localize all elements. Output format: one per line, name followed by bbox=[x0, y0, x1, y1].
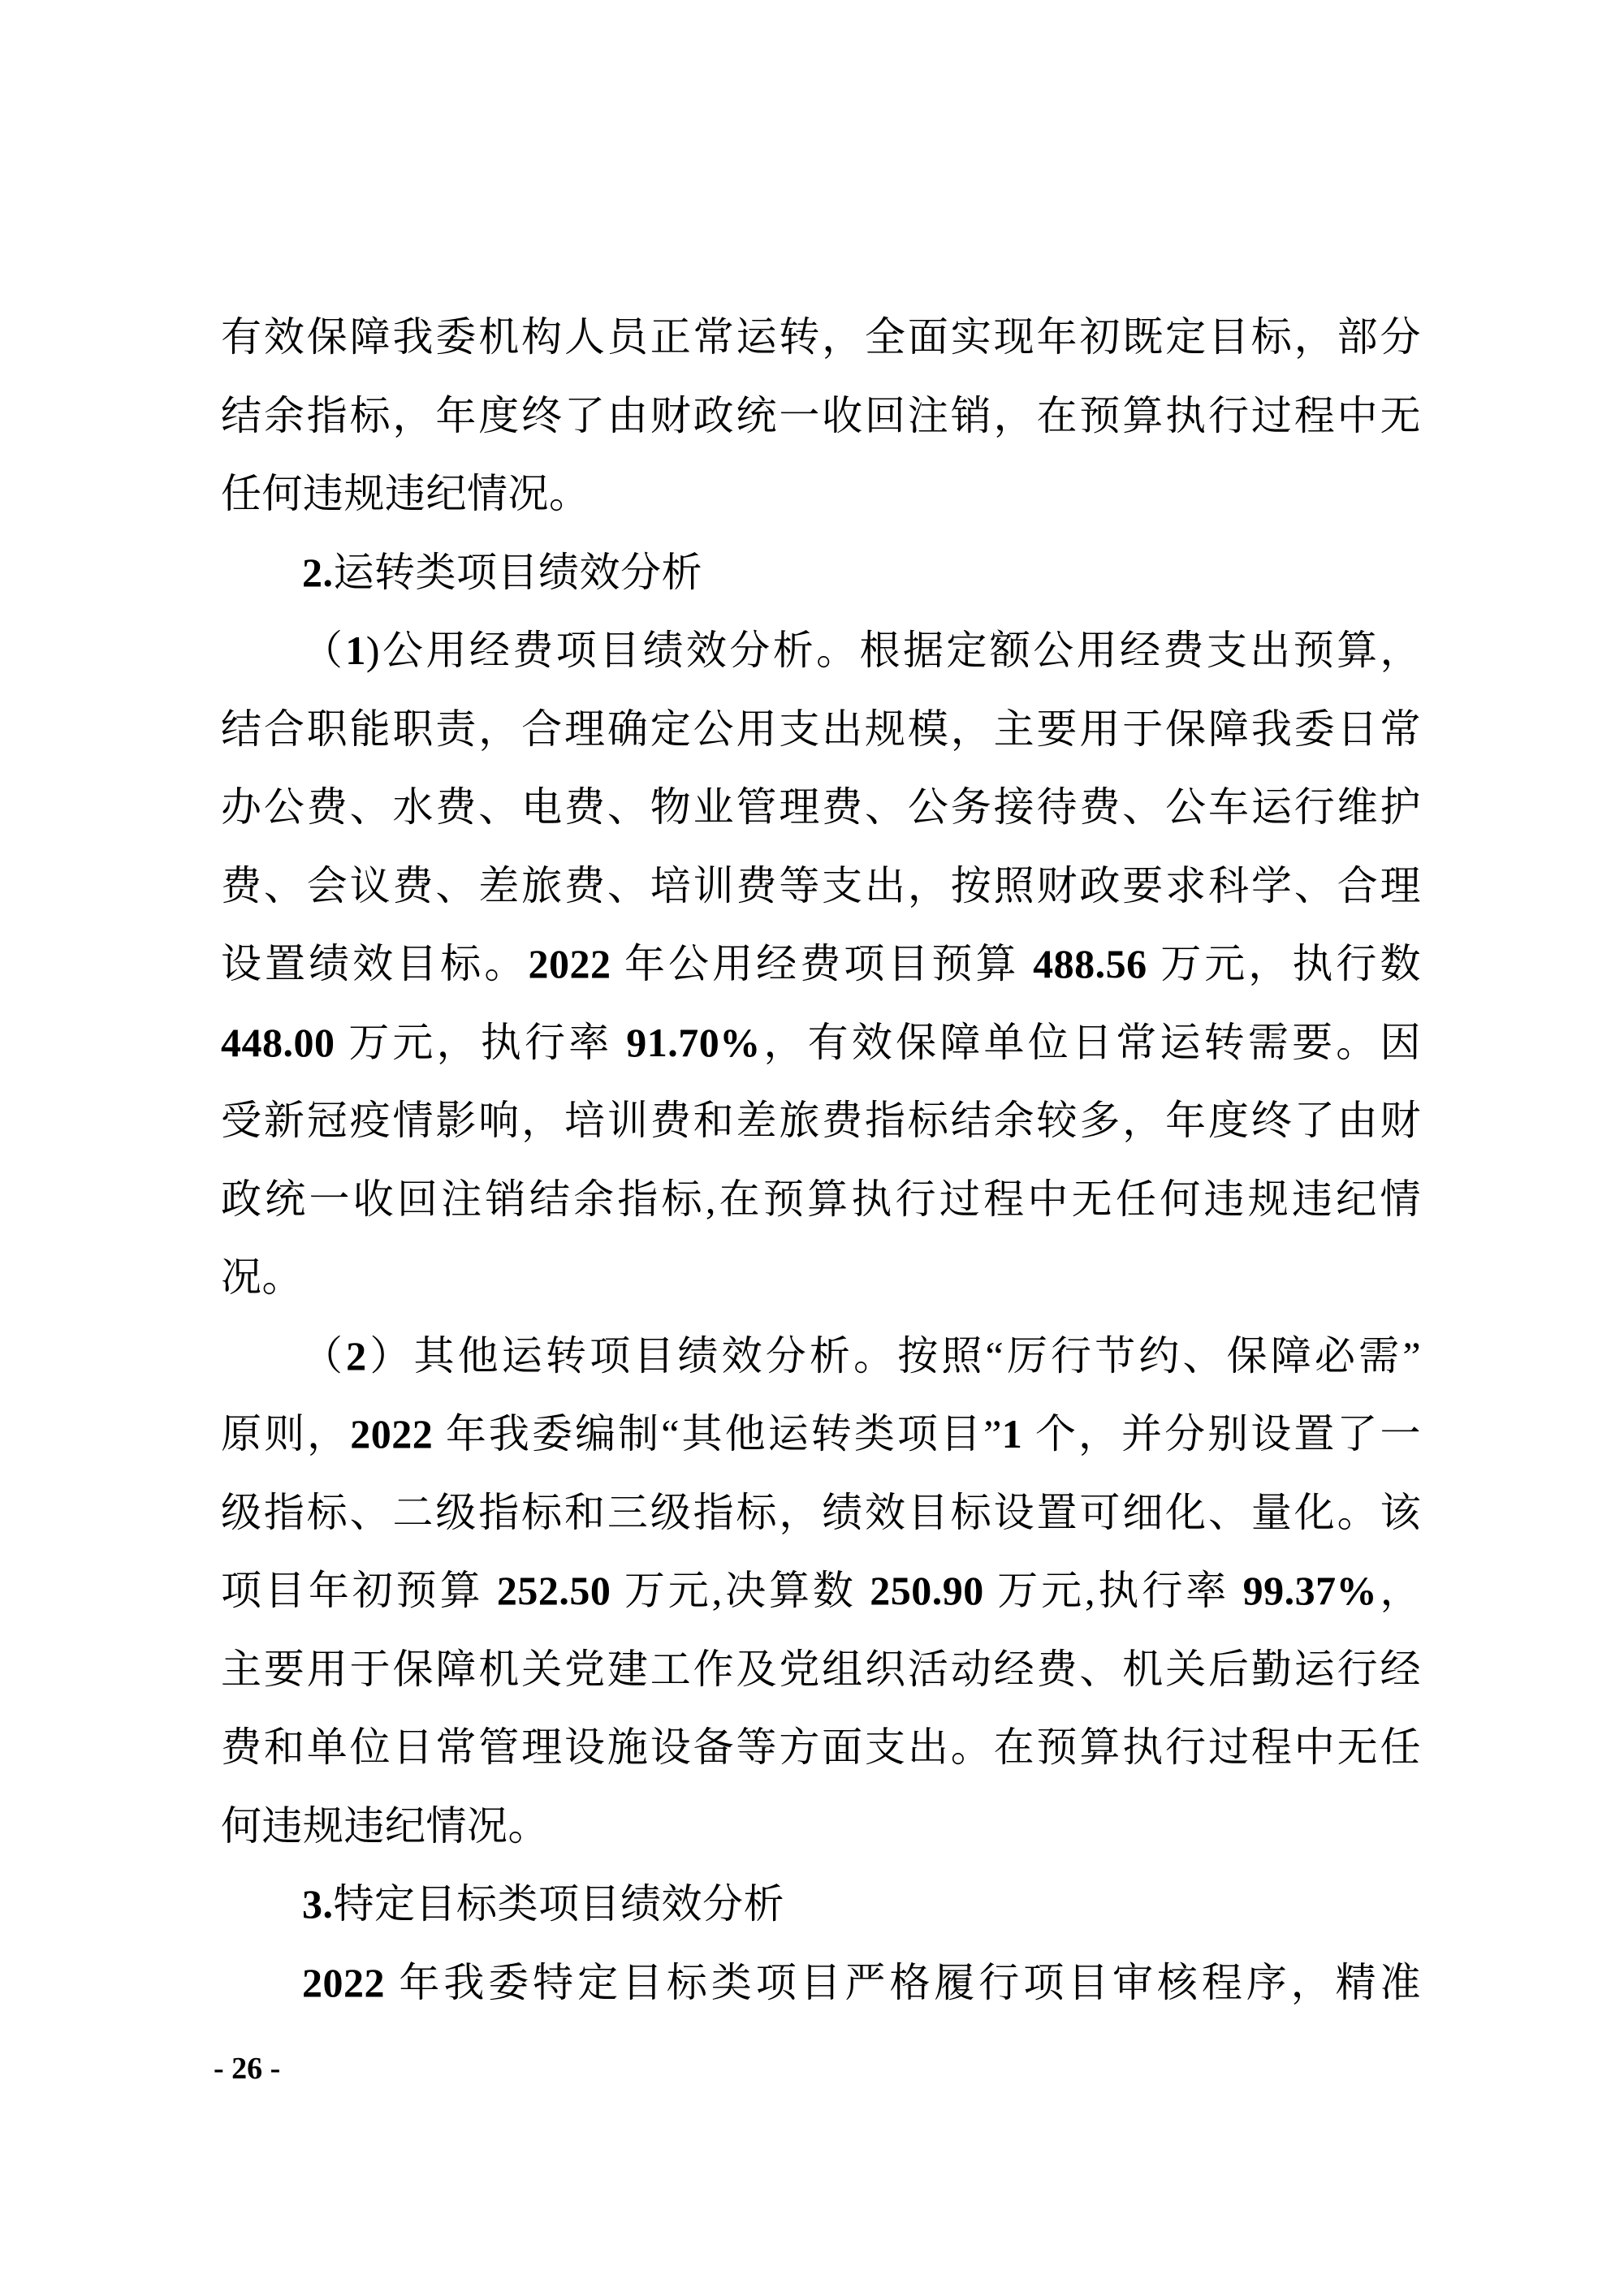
document-line: 何违规违纪情况。 bbox=[221, 1787, 1421, 1866]
document-line: 费和单位日常管理设施设备等方面支出。在预算执行过程中无任 bbox=[221, 1708, 1421, 1787]
text-run: 项目年初预算 bbox=[221, 1568, 497, 1613]
document-line: 况。 bbox=[221, 1238, 1421, 1317]
page-number: - 26 - bbox=[214, 2049, 280, 2088]
text-run: 况。 bbox=[221, 1254, 303, 1300]
text-run: 级指标、二级指标和三级指标，绩效目标设置可细化、量化。该 bbox=[221, 1490, 1421, 1535]
text-run: 万元,执行率 bbox=[984, 1568, 1243, 1613]
document-line: 3.特定目标类项目绩效分析 bbox=[221, 1865, 1421, 1944]
document-line: （1)公用经费项目绩效分析。根据定额公用经费支出预算， bbox=[221, 611, 1421, 690]
text-run: 特定目标类项目绩效分析 bbox=[334, 1881, 785, 1927]
document-line: （2）其他运转项目绩效分析。按照“厉行节约、保障必需” bbox=[221, 1317, 1421, 1396]
document-line: 设置绩效目标。2022 年公用经费项目预算 488.56 万元，执行数 bbox=[221, 925, 1421, 1003]
document-page: 有效保障我委机构人员正常运转，全面实现年初既定目标，部分结余指标，年度终了由财政… bbox=[0, 0, 1624, 2296]
bold-text-run: 2. bbox=[302, 550, 334, 595]
text-run: 结余指标，年度终了由财政统一收回注销，在预算执行过程中无 bbox=[221, 393, 1421, 438]
document-body: 有效保障我委机构人员正常运转，全面实现年初既定目标，部分结余指标，年度终了由财政… bbox=[221, 298, 1421, 2022]
text-run: 设置绩效目标。 bbox=[221, 941, 528, 986]
document-line: 448.00 万元，执行率 91.70%，有效保障单位日常运转需要。因 bbox=[221, 1003, 1421, 1082]
text-run: （ bbox=[302, 1333, 346, 1379]
bold-text-run: 2022 bbox=[302, 1960, 385, 2005]
text-run: )公用经费项目绩效分析。根据定额公用经费支出预算， bbox=[366, 628, 1421, 673]
document-line: 政统一收回注销结余指标,在预算执行过程中无任何违规违纪情 bbox=[221, 1160, 1421, 1239]
bold-text-run: 91.70% bbox=[626, 1020, 761, 1065]
document-line: 费、会议费、差旅费、培训费等支出，按照财政要求科学、合理 bbox=[221, 847, 1421, 926]
document-line: 2.运转类项目绩效分析 bbox=[221, 533, 1421, 612]
text-run: 办公费、水费、电费、物业管理费、公务接待费、公车运行维护 bbox=[221, 784, 1421, 830]
document-line: 结合职能职责，合理确定公用支出规模，主要用于保障我委日常 bbox=[221, 690, 1421, 769]
text-run: 年我委编制“其他运转类项目” bbox=[433, 1411, 1002, 1457]
bold-text-run: 1 bbox=[345, 628, 366, 673]
bold-text-run: 252.50 bbox=[497, 1568, 611, 1613]
text-run: 主要用于保障机关党建工作及党组织活动经费、机关后勤运行经 bbox=[221, 1646, 1421, 1692]
document-line: 有效保障我委机构人员正常运转，全面实现年初既定目标，部分 bbox=[221, 298, 1421, 377]
text-run: ， bbox=[1377, 1568, 1421, 1613]
document-line: 2022 年我委特定目标类项目严格履行项目审核程序，精准 bbox=[221, 1944, 1421, 2022]
text-run: 结合职能职责，合理确定公用支出规模，主要用于保障我委日常 bbox=[221, 706, 1421, 752]
bold-text-run: 3. bbox=[302, 1881, 334, 1927]
document-line: 原则，2022 年我委编制“其他运转类项目”1 个，并分别设置了一 bbox=[221, 1395, 1421, 1474]
document-line: 受新冠疫情影响，培训费和差旅费指标结余较多，年度终了由财 bbox=[221, 1081, 1421, 1160]
text-run: 受新冠疫情影响，培训费和差旅费指标结余较多，年度终了由财 bbox=[221, 1098, 1421, 1143]
text-run: 运转类项目绩效分析 bbox=[334, 550, 703, 595]
text-run: 何违规违纪情况。 bbox=[221, 1803, 549, 1849]
bold-text-run: 250.90 bbox=[870, 1568, 984, 1613]
text-run: （ bbox=[302, 628, 345, 673]
bold-text-run: 99.37% bbox=[1243, 1568, 1378, 1613]
text-run: ，有效保障单位日常运转需要。因 bbox=[761, 1020, 1421, 1065]
text-run: ）其他运转项目绩效分析。按照“厉行节约、保障必需” bbox=[367, 1333, 1421, 1379]
text-run: 费、会议费、差旅费、培训费等支出，按照财政要求科学、合理 bbox=[221, 863, 1421, 908]
text-run: 年我委特定目标类项目严格履行项目审核程序，精准 bbox=[385, 1960, 1421, 2005]
text-run: 费和单位日常管理设施设备等方面支出。在预算执行过程中无任 bbox=[221, 1724, 1421, 1770]
bold-text-run: 2022 bbox=[528, 941, 611, 986]
text-run: 任何违规违纪情况。 bbox=[221, 471, 590, 516]
text-run: 政统一收回注销结余指标,在预算执行过程中无任何违规违纪情 bbox=[221, 1176, 1421, 1222]
bold-text-run: 448.00 bbox=[221, 1020, 335, 1065]
document-line: 任何违规违纪情况。 bbox=[221, 455, 1421, 533]
document-line: 结余指标，年度终了由财政统一收回注销，在预算执行过程中无 bbox=[221, 377, 1421, 455]
text-run: 年公用经费项目预算 bbox=[611, 941, 1033, 986]
bold-text-run: 2022 bbox=[350, 1411, 433, 1457]
bold-text-run: 2 bbox=[346, 1333, 367, 1379]
text-run: 有效保障我委机构人员正常运转，全面实现年初既定目标，部分 bbox=[221, 314, 1421, 360]
text-run: 个，并分别设置了一 bbox=[1022, 1411, 1421, 1457]
text-run: 原则， bbox=[221, 1411, 350, 1457]
bold-text-run: 488.56 bbox=[1033, 941, 1147, 986]
document-line: 主要用于保障机关党建工作及党组织活动经费、机关后勤运行经 bbox=[221, 1630, 1421, 1709]
text-run: 万元，执行数 bbox=[1147, 941, 1421, 986]
document-line: 办公费、水费、电费、物业管理费、公务接待费、公车运行维护 bbox=[221, 768, 1421, 847]
bold-text-run: 1 bbox=[1002, 1411, 1023, 1457]
document-line: 级指标、二级指标和三级指标，绩效目标设置可细化、量化。该 bbox=[221, 1474, 1421, 1552]
text-run: 万元，执行率 bbox=[335, 1020, 627, 1065]
document-line: 项目年初预算 252.50 万元,决算数 250.90 万元,执行率 99.37… bbox=[221, 1552, 1421, 1630]
text-run: 万元,决算数 bbox=[611, 1568, 870, 1613]
